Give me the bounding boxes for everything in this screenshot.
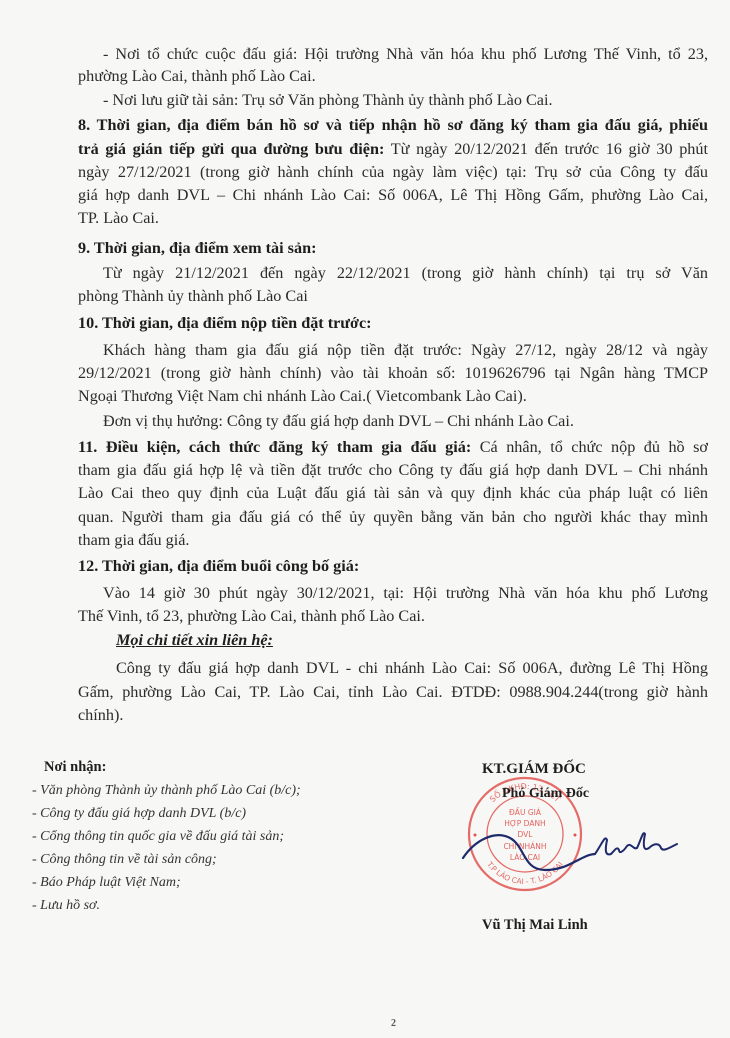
- section-11-heading: 11. Điều kiện, cách thức đăng ký tham gi…: [78, 438, 471, 456]
- recipient-item: - Công ty đấu giá hợp danh DVL (b/c): [32, 803, 246, 826]
- recipient-item: - Báo Pháp luật Việt Nam;: [32, 872, 181, 895]
- recipient-item: - Công thông tin về tài sản công;: [32, 849, 217, 872]
- section-11-text: Cá nhân, tổ chức nộp đủ hồ sơ: [471, 438, 708, 456]
- recipient-item: - Cổng thông tin quốc gia về đấu giá tài…: [32, 826, 284, 849]
- section-11-line-5: tham gia đấu giá.: [78, 530, 189, 550]
- auction-venue-line-2: phường Lào Cai, thành phố Lào Cai.: [78, 66, 316, 86]
- section-11-line-3: Lào Cai theo quy định của Luật đấu giá t…: [78, 483, 708, 503]
- section-11-line-4: quan. Người tham gia đấu giá có thể ủy q…: [78, 507, 708, 527]
- handwritten-signature: [455, 820, 695, 880]
- section-10-heading: 10. Thời gian, địa điểm nộp tiền đặt trư…: [78, 313, 372, 333]
- signer-name: Vũ Thị Mai Linh: [482, 917, 588, 934]
- section-10-beneficiary: Đơn vị thụ hưởng: Công ty đấu giá hợp da…: [103, 411, 574, 431]
- section-12-line-1: Vào 14 giờ 30 phút ngày 30/12/2021, tại:…: [103, 583, 708, 603]
- section-10-line-2: 29/12/2021 (trong giờ hành chính) vào tà…: [78, 363, 708, 383]
- signature-title: KT.GIÁM ĐỐC: [482, 761, 586, 778]
- contact-heading: Mọi chi tiết xin liên hệ:: [116, 630, 273, 650]
- stamp-line: ĐẤU GIÁ: [509, 807, 542, 817]
- signature-subtitle: Phó Giám Đốc: [502, 786, 589, 802]
- section-9-line-2: phòng Thành ủy thành phố Lào Cai: [78, 286, 308, 306]
- section-9-line-1: Từ ngày 21/12/2021 đến ngày 22/12/2021 (…: [103, 263, 708, 283]
- recipient-item: - Văn phòng Thành ủy thành phố Lào Cai (…: [32, 780, 301, 803]
- recipients-title: Nơi nhận:: [44, 759, 106, 776]
- section-9-heading: 9. Thời gian, địa điểm xem tài sản:: [78, 238, 316, 258]
- page-number: 2: [391, 1018, 396, 1029]
- section-8-heading: 8. Thời gian, địa điểm bán hồ sơ và tiếp…: [78, 115, 708, 135]
- section-11-line-1: 11. Điều kiện, cách thức đăng ký tham gi…: [78, 437, 708, 457]
- contact-line-1: Công ty đấu giá hợp danh DVL - chi nhánh…: [116, 658, 708, 678]
- section-8-line-2: trả giá gián tiếp gửi qua đường bưu điện…: [78, 139, 708, 159]
- section-8-dates: Từ ngày 20/12/2021 đến trước 16 giờ 30 p…: [384, 140, 708, 158]
- section-8-line-5: TP. Lào Cai.: [78, 208, 159, 228]
- section-11-line-2: tham gia đấu giá hợp lệ và tiền đặt trướ…: [78, 460, 708, 480]
- contact-line-3: chính).: [78, 705, 123, 725]
- asset-storage-line: - Nơi lưu giữ tài sản: Trụ sở Văn phòng …: [103, 90, 553, 110]
- auction-venue-line: - Nơi tổ chức cuộc đấu giá: Hội trường N…: [103, 44, 708, 64]
- section-10-line-1: Khách hàng tham gia đấu giá nộp tiền đặt…: [103, 340, 708, 360]
- contact-line-2: Gấm, phường Lào Cai, TP. Lào Cai, tỉnh L…: [78, 682, 708, 702]
- recipient-item: - Lưu hồ sơ.: [32, 895, 100, 918]
- section-10-line-3: Ngoại Thương Việt Nam chi nhánh Lào Cai.…: [78, 386, 527, 406]
- section-12-heading: 12. Thời gian, địa điểm buổi công bố giá…: [78, 556, 359, 576]
- section-8-heading-cont: trả giá gián tiếp gửi qua đường bưu điện…: [78, 140, 384, 158]
- section-12-line-2: Thế Vinh, tổ 23, phường Lào Cai, thành p…: [78, 606, 425, 626]
- section-8-line-3: ngày 27/12/2021 (trong giờ hành chính củ…: [78, 162, 708, 182]
- document-page: - Nơi tổ chức cuộc đấu giá: Hội trường N…: [0, 0, 730, 1038]
- section-8-line-4: giá hợp danh DVL – Chi nhánh Lào Cai: Số…: [78, 185, 708, 205]
